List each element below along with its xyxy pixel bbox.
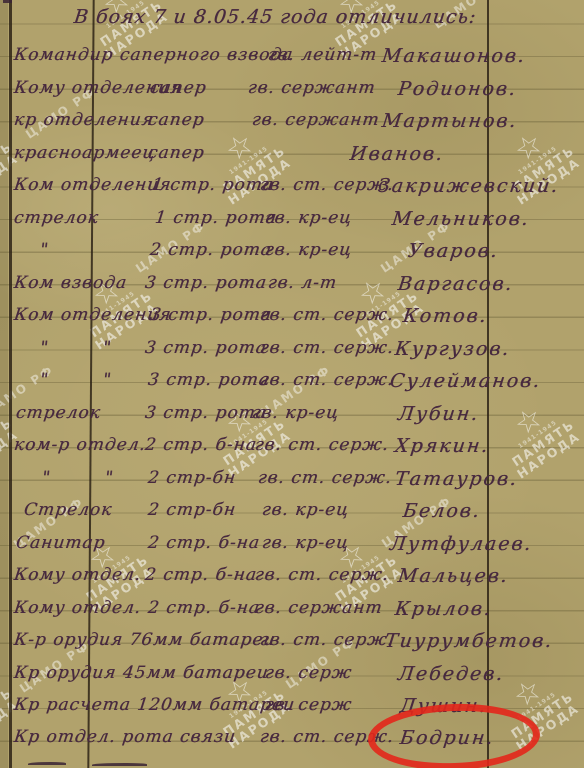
cell-unit: 2 стр. б-на bbox=[147, 533, 261, 553]
cell-unit: 3 стр. рота bbox=[144, 273, 268, 293]
cell-rank: гв. ст. серж. bbox=[254, 435, 390, 455]
cell-name: Макашонов. bbox=[381, 45, 528, 67]
cell-unit: 3 стр. рота bbox=[147, 370, 271, 390]
cell-name: Белов. bbox=[402, 500, 483, 522]
cell-rank: гв. ст. серж. bbox=[259, 305, 395, 325]
cell-unit: 1 стр. рота bbox=[154, 208, 278, 228]
cell-rank: гв. ст. серж. bbox=[257, 468, 393, 488]
cell-pos: " " bbox=[39, 370, 113, 390]
cell-unit: 2 стр. б-на bbox=[144, 435, 258, 455]
table-row: К-р орудия 76мм батареигв. ст. серж.Тиур… bbox=[0, 630, 584, 660]
table-row: " "3 стр. ротагв. ст. серж.Сулейманов. bbox=[0, 370, 584, 400]
cell-unit: 3 стр. рота bbox=[144, 403, 268, 423]
cell-unit: 2 стр. б-на bbox=[144, 565, 258, 585]
table-row: Стрелок2 стр-бнгв. кр-ецБелов. bbox=[0, 500, 584, 530]
cell-name: Лубин. bbox=[397, 403, 481, 425]
cell-name: Лебедев. bbox=[397, 663, 506, 685]
cell-rank: гв. сержант bbox=[251, 110, 381, 130]
cell-unit: 1 стр. рота bbox=[151, 175, 275, 195]
table-row: Кому отдел.2 стр. б-нагв. сержантКрылов. bbox=[0, 598, 584, 628]
cell-pos: ком-р отдел. bbox=[13, 435, 147, 455]
cell-rank: гв. ст. серж. bbox=[259, 630, 395, 650]
clipped-ink-stroke bbox=[28, 762, 66, 765]
cell-name: Котов. bbox=[402, 305, 489, 327]
table-row: Кр орудия 45мм батареигв. сержЛебедев. bbox=[0, 663, 584, 693]
cell-rank: гв. ст. серж. bbox=[259, 338, 395, 358]
cell-name: Иванов. bbox=[349, 143, 446, 165]
cell-pos: Кр орудия 45мм батареи bbox=[13, 663, 270, 683]
cell-rank: гв. кр-ец bbox=[251, 403, 340, 423]
cell-name: Тиурумбетов. bbox=[384, 630, 555, 652]
table-row: Кому отделениясапергв. сержантРодионов. bbox=[0, 78, 584, 108]
cell-name: Кургузов. bbox=[394, 338, 512, 360]
cell-pos: Санитар bbox=[15, 533, 107, 553]
table-row: Санитар2 стр. б-нагв. кр-ецЛутфулаев. bbox=[0, 533, 584, 563]
cell-rank: гв. ст. серж. bbox=[259, 175, 395, 195]
cell-unit: сапер bbox=[147, 110, 206, 130]
cell-pos: Кому отдел. bbox=[13, 598, 143, 618]
cell-rank: гв. кр-ец bbox=[261, 533, 350, 553]
cell-pos: кр отделения bbox=[13, 110, 155, 130]
cell-pos: " " bbox=[39, 338, 113, 358]
table-row: кр отделениясапергв. сержантМартынов. bbox=[0, 110, 584, 140]
cell-pos: " " bbox=[41, 468, 115, 488]
cell-name: Закрижевский. bbox=[377, 175, 561, 197]
table-row: Командир саперного взводагв. лейт-тМакаш… bbox=[0, 45, 584, 75]
cell-rank: гв. ст. серж. bbox=[254, 565, 390, 585]
cell-name: Мальцев. bbox=[397, 565, 511, 587]
cell-rank: гв. сержант bbox=[247, 78, 377, 98]
cell-pos: " bbox=[39, 240, 50, 260]
cell-pos: стрелок bbox=[15, 403, 102, 423]
cell-unit: 2 стр. рота bbox=[149, 240, 273, 260]
table-row: стрелок3 стр. ротагв. кр-ецЛубин. bbox=[0, 403, 584, 433]
cell-unit: 2 стр-бн bbox=[147, 500, 238, 520]
table-row: Кому отдел.2 стр. б-нагв. ст. серж.Мальц… bbox=[0, 565, 584, 595]
table-row: " "3 стр. ротагв. ст. серж.Кургузов. bbox=[0, 338, 584, 368]
cell-pos: Командир саперного взвода bbox=[13, 45, 295, 65]
table-row: ком-р отдел.2 стр. б-нагв. ст. серж.Хряк… bbox=[0, 435, 584, 465]
cell-pos: Ком взвода bbox=[13, 273, 129, 293]
cell-unit: 2 стр. б-на bbox=[147, 598, 261, 618]
cell-name: Лутфулаев. bbox=[389, 533, 534, 555]
cell-unit: 2 стр-бн bbox=[147, 468, 238, 488]
cell-rank: гв. лейт-т bbox=[267, 45, 379, 65]
table-row: " "2 стр-бнгв. ст. серж.Татауров. bbox=[0, 468, 584, 498]
table-row: красноармеецсаперИванов. bbox=[0, 143, 584, 173]
cell-rank: гв. кр-ец bbox=[264, 240, 353, 260]
cell-rank: гв. серж bbox=[264, 663, 354, 683]
table-row: "2 стр. ротагв. кр-ецУваров. bbox=[0, 240, 584, 270]
table-row: Ком отделения1 стр. ротагв. ст. серж.Зак… bbox=[0, 175, 584, 205]
table-row: Ком отделения3 стр. ротагв. ст. серж.Кот… bbox=[0, 305, 584, 335]
cell-unit: 3 стр. рота bbox=[144, 338, 268, 358]
cell-name: Родионов. bbox=[397, 78, 519, 100]
document-header: В боях 7 и 8.05.45 года отличились: bbox=[73, 6, 478, 28]
cell-rank: гв. сержант bbox=[254, 598, 384, 618]
cell-name: Мартынов. bbox=[381, 110, 519, 132]
cell-rank: гв. серж bbox=[264, 695, 354, 715]
cell-pos: Стрелок bbox=[23, 500, 114, 520]
document-scan: ☆1941-1945ПАМЯТЬНАРОДА☆1941-1945ПАМЯТЬНА… bbox=[0, 0, 584, 768]
cell-pos: Кому отдел. bbox=[13, 565, 143, 585]
cell-pos: красноармеец bbox=[13, 143, 157, 163]
cell-name: Уваров. bbox=[407, 240, 501, 262]
cell-name: Татауров. bbox=[394, 468, 520, 490]
cell-rank: гв. кр-ец bbox=[261, 500, 350, 520]
cell-unit: сапер bbox=[147, 143, 206, 163]
cell-pos: Кр отдел. рота связи bbox=[13, 727, 237, 747]
cell-pos: Ком отделения bbox=[13, 175, 173, 195]
cell-rank: гв. ст. серж. bbox=[259, 370, 395, 390]
cell-name: Хрякин. bbox=[394, 435, 491, 457]
clipped-ink-stroke bbox=[92, 763, 147, 766]
cell-rank: гв. кр-ец bbox=[264, 208, 353, 228]
cell-name: Сулейманов. bbox=[389, 370, 543, 392]
clipped-ink-stroke bbox=[3, 0, 12, 3]
cell-name: Мельников. bbox=[391, 208, 531, 230]
cell-pos: стрелок bbox=[13, 208, 100, 228]
table-row: стрелок1 стр. ротагв. кр-ецМельников. bbox=[0, 208, 584, 238]
cell-unit: сапер bbox=[149, 78, 208, 98]
cell-pos: Кр расчета 120мм батареи bbox=[13, 695, 296, 715]
cell-pos: К-р орудия 76мм батареи bbox=[13, 630, 277, 650]
table-row: Ком взвода3 стр. ротагв. л-тВаргасов. bbox=[0, 273, 584, 303]
cell-name: Варгасов. bbox=[397, 273, 515, 295]
cell-name: Крылов. bbox=[394, 598, 494, 620]
cell-rank: гв. л-т bbox=[267, 273, 338, 293]
cell-unit: 3 стр. рота bbox=[149, 305, 273, 325]
